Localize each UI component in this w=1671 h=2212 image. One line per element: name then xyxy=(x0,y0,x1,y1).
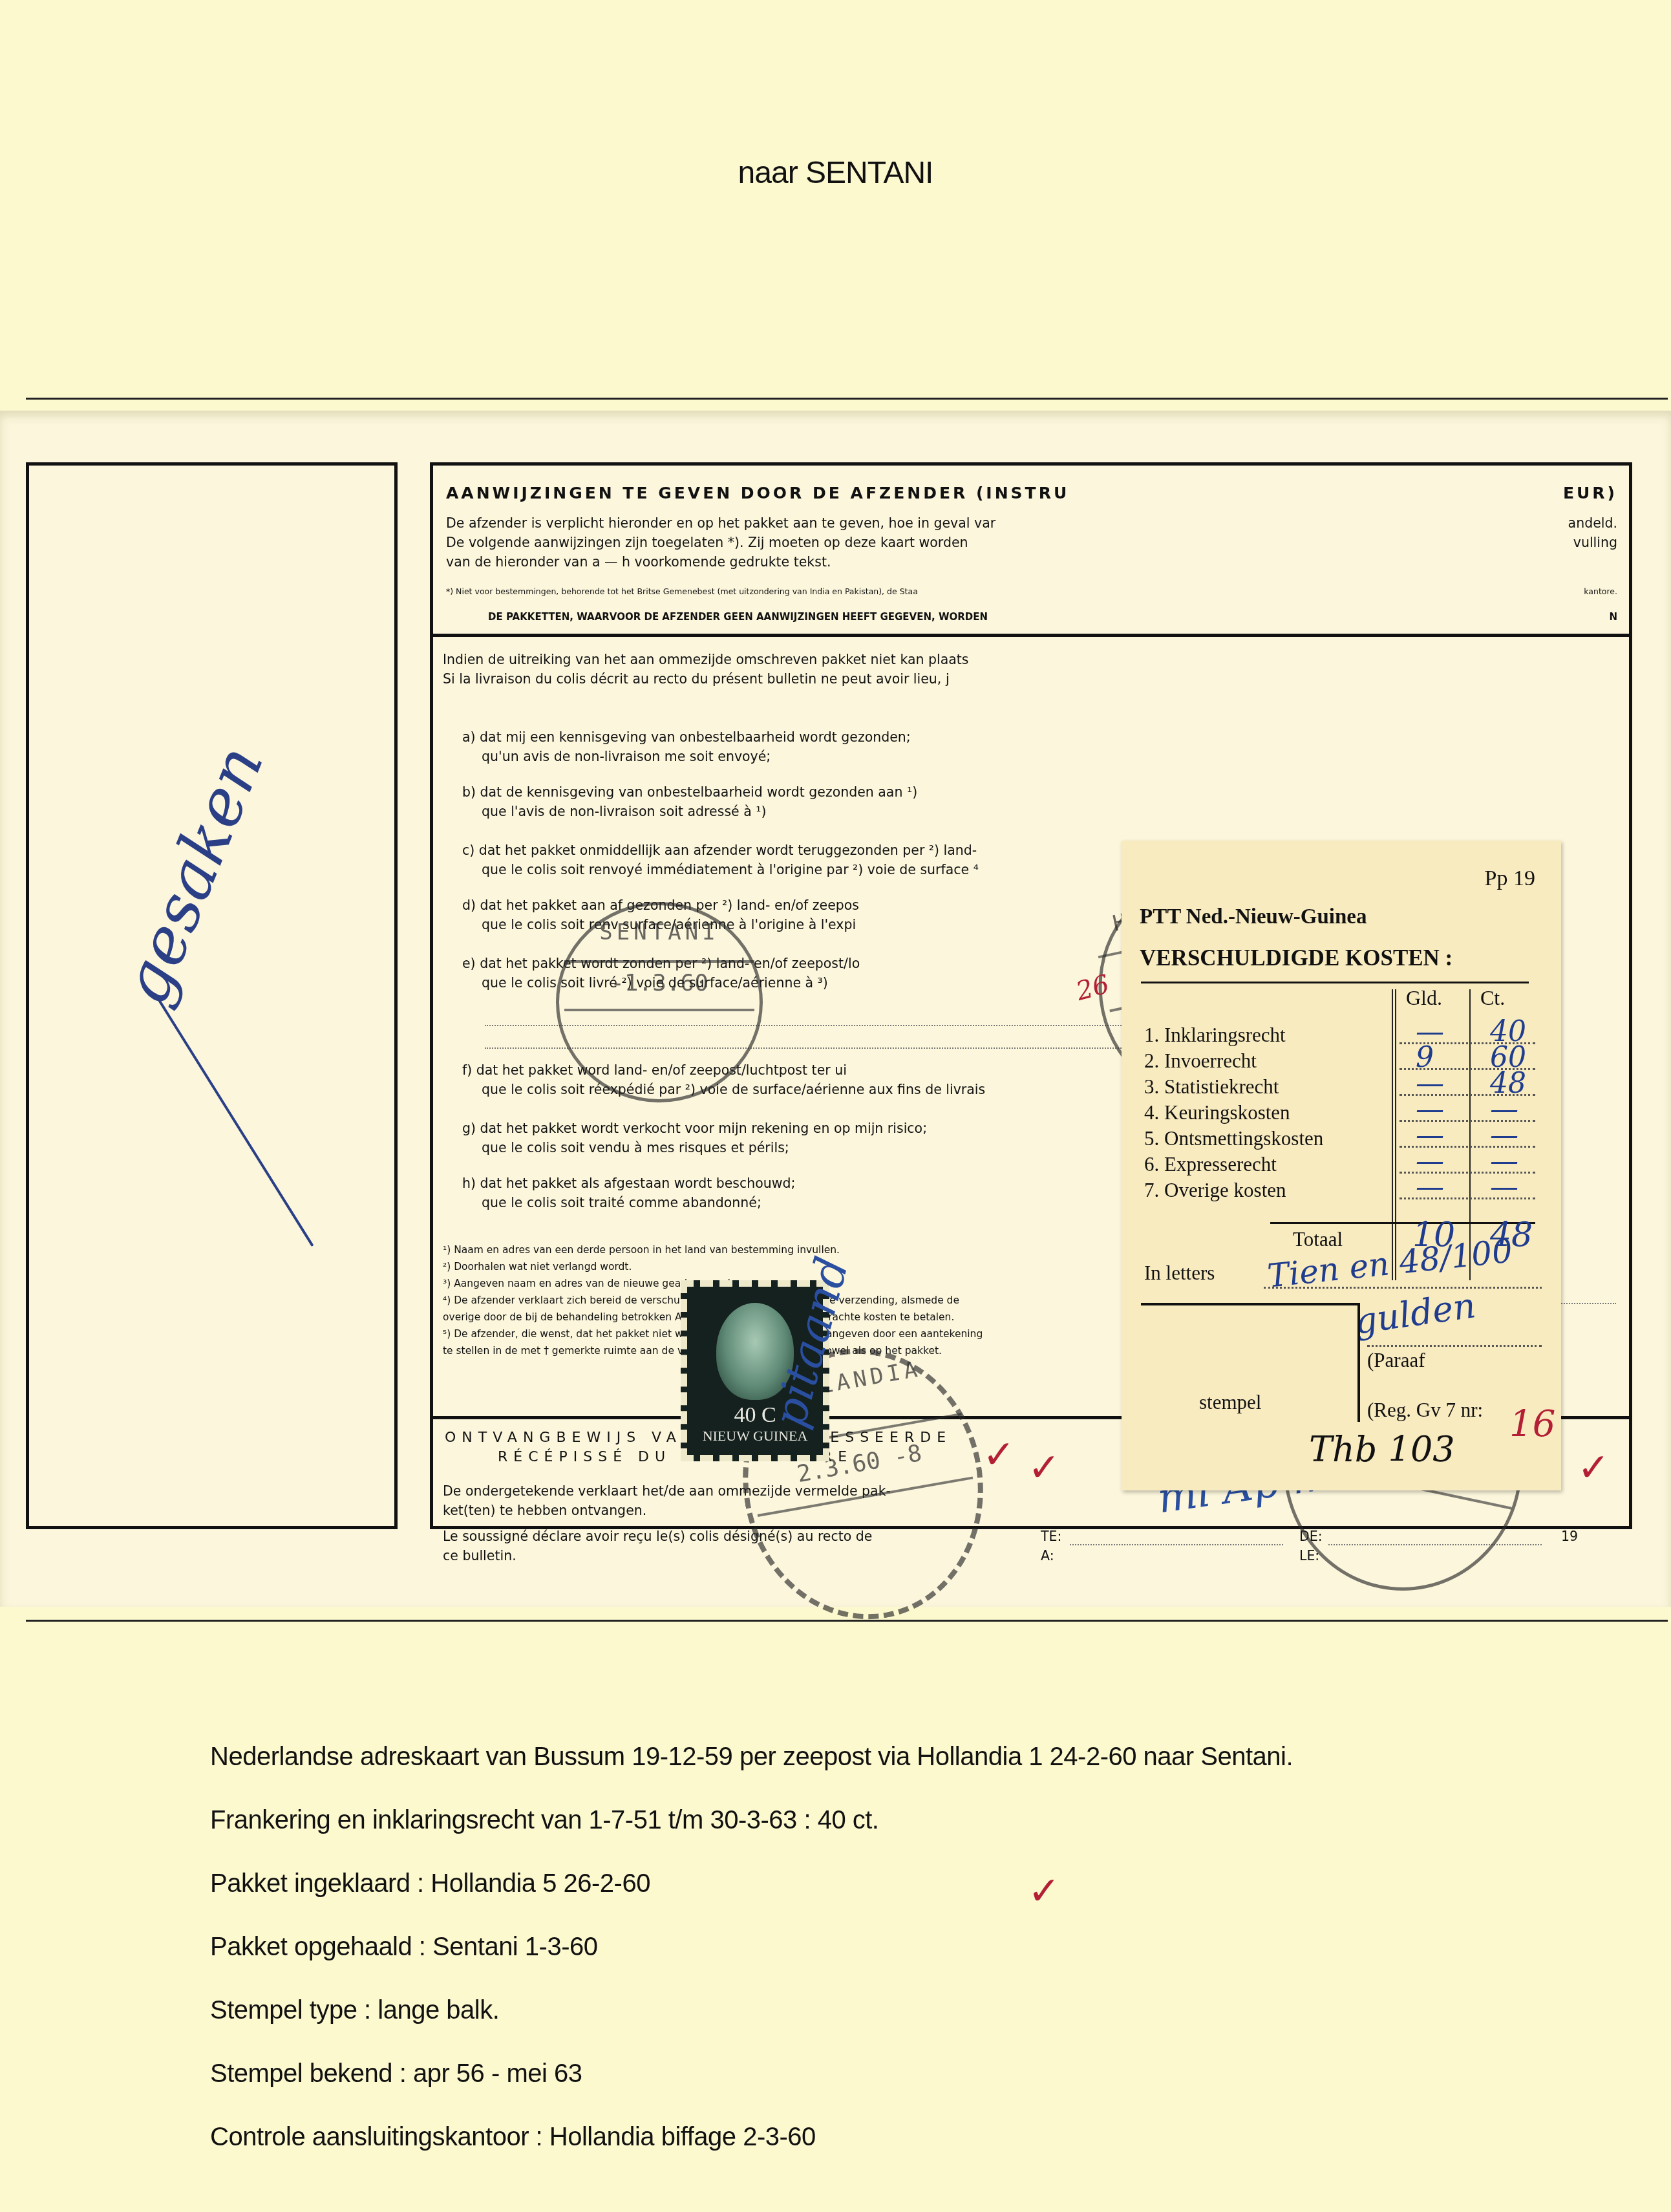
in-letters-label: In letters xyxy=(1144,1261,1215,1285)
instructions-heading: AANWIJZINGEN TE GEVEN DOOR DE AFZENDER (… xyxy=(446,484,1069,502)
fee-row-label: 3. Statistiekrecht xyxy=(1144,1075,1279,1099)
receipt-text-nl: ket(ten) te hebben ontvangen. xyxy=(443,1501,646,1520)
option-item-nl: b) dat de kennisgeving van onbestelbaarh… xyxy=(462,782,917,802)
fee-row-label: 7. Overige kosten xyxy=(1144,1178,1286,1202)
note-line: Pakket ingeklaard : Hollandia 5 26-2-60 xyxy=(210,1869,650,1898)
a-label: A: xyxy=(1041,1546,1054,1565)
left-panel xyxy=(26,462,398,1529)
instructions-heading-right: EUR) xyxy=(1563,484,1617,502)
note-line: Stempel type : lange balk. xyxy=(210,1996,499,2025)
footnote: ¹) Naam en adres van een derde persoon i… xyxy=(443,1241,840,1258)
page-title: naar SENTANI xyxy=(0,155,1671,191)
note-line: Stempel bekend : apr 56 - mei 63 xyxy=(210,2059,582,2089)
col-gld: Gld. xyxy=(1406,986,1442,1010)
address-card: gesaken AANWIJZINGEN TE GEVEN DOOR DE AF… xyxy=(0,411,1671,1607)
te-label: TE: xyxy=(1041,1527,1061,1546)
instructions-bold-line: DE PAKKETTEN, WAARVOOR DE AFZENDER GEEN … xyxy=(488,611,988,623)
instructions-line: De volgende aanwijzingen zijn toegelaten… xyxy=(446,533,968,552)
instructions-bold-line-right: N xyxy=(1609,611,1617,623)
top-divider xyxy=(26,398,1668,400)
note-line: Nederlandse adreskaart van Bussum 19-12-… xyxy=(210,1743,1293,1772)
instructions-line: De afzender is verplicht hieronder en op… xyxy=(446,513,995,533)
red-checkmark: ✓ xyxy=(1028,1869,1060,1914)
fee-row-label: 2. Invoerrecht xyxy=(1144,1049,1257,1073)
instructions-line-right: andeld. xyxy=(1568,513,1617,533)
reg-label: (Reg. Gv 7 nr: xyxy=(1367,1398,1483,1422)
instructions-section: AANWIJZINGEN TE GEVEN DOOR DE AFZENDER (… xyxy=(433,466,1629,637)
instructions-line-right: vulling xyxy=(1573,533,1617,552)
fee-row-label: 4. Keuringskosten xyxy=(1144,1101,1290,1124)
option-item-fr: que le colis soit traité comme abandonné… xyxy=(482,1193,761,1212)
option-item-nl: c) dat het pakket onmiddellijk aan afzen… xyxy=(462,841,977,860)
options-intro: Indien de uitreiking van het aan ommezij… xyxy=(443,650,969,669)
label-heading: VERSCHULDIGDE KOSTEN : xyxy=(1140,945,1453,971)
instructions-line: van de hieronder van a — h voorkomende g… xyxy=(446,552,831,572)
option-item-fr: que le colis soit vendu à mes risques et… xyxy=(482,1138,789,1157)
place-field[interactable] xyxy=(1070,1531,1283,1545)
instructions-footnote-right: kantore. xyxy=(1584,582,1617,601)
paraaf-label: (Paraaf xyxy=(1367,1348,1425,1372)
col-ct: Ct. xyxy=(1480,986,1505,1010)
bottom-divider xyxy=(26,1620,1668,1622)
fee-row-label: 1. Inklaringsrecht xyxy=(1144,1023,1286,1047)
in-letters-value-2: gulden xyxy=(1352,1285,1478,1342)
form-code: Pp 19 xyxy=(1485,866,1535,891)
fee-row-label: 5. Ontsmettingskosten xyxy=(1144,1126,1323,1150)
note-line: Pakket opgehaald : Sentani 1-3-60 xyxy=(210,1933,598,1962)
option-item-fr: que le colis soit réexpédié par ²) voie … xyxy=(482,1080,985,1099)
option-item-nl: h) dat het pakket als afgestaan wordt be… xyxy=(462,1174,796,1193)
option-item-fr: que le colis soit renvoyé immédiatement … xyxy=(482,860,979,879)
red-checkmark: ✓ xyxy=(983,1432,1015,1477)
option-item-nl: g) dat het pakket wordt verkocht voor mi… xyxy=(462,1119,927,1138)
year-prefix: 19 xyxy=(1561,1527,1578,1546)
reg-number: 16 xyxy=(1509,1403,1555,1445)
options-intro: Si la livraison du colis décrit au recto… xyxy=(443,669,950,689)
fee-row-label: 6. Expresserecht xyxy=(1144,1152,1277,1176)
postmark-sentani-1: SENTANI -1.3.60 xyxy=(556,902,763,1102)
note-line: Controle aansluitingskantoor : Hollandia… xyxy=(210,2123,816,2152)
red-checkmark: ✓ xyxy=(1028,1445,1060,1490)
instructions-footnote: *) Niet voor bestemmingen, behorende tot… xyxy=(446,582,918,601)
footnote: ²) Doorhalen wat niet verlangd wordt. xyxy=(443,1258,632,1275)
receipt-text-fr: ce bulletin. xyxy=(443,1546,516,1565)
option-item-nl: a) dat mij een kennisgeving van onbestel… xyxy=(462,727,911,747)
label-issuer: PTT Ned.-Nieuw-Guinea xyxy=(1140,905,1367,929)
note-line: Frankering en inklaringsrecht van 1-7-51… xyxy=(210,1806,878,1835)
clerk-note: Thb 103 xyxy=(1309,1429,1455,1470)
red-checkmark: ✓ xyxy=(1577,1445,1610,1490)
stempel-label: stempel xyxy=(1199,1390,1261,1414)
option-item-fr: que l'avis de non-livraison soit adressé… xyxy=(482,802,766,821)
total-label: Totaal xyxy=(1293,1227,1343,1251)
option-item-fr: qu'un avis de non-livraison me soit envo… xyxy=(482,747,771,766)
customs-fee-label: Pp 19 PTT Ned.-Nieuw-Guinea VERSCHULDIGD… xyxy=(1122,841,1561,1490)
